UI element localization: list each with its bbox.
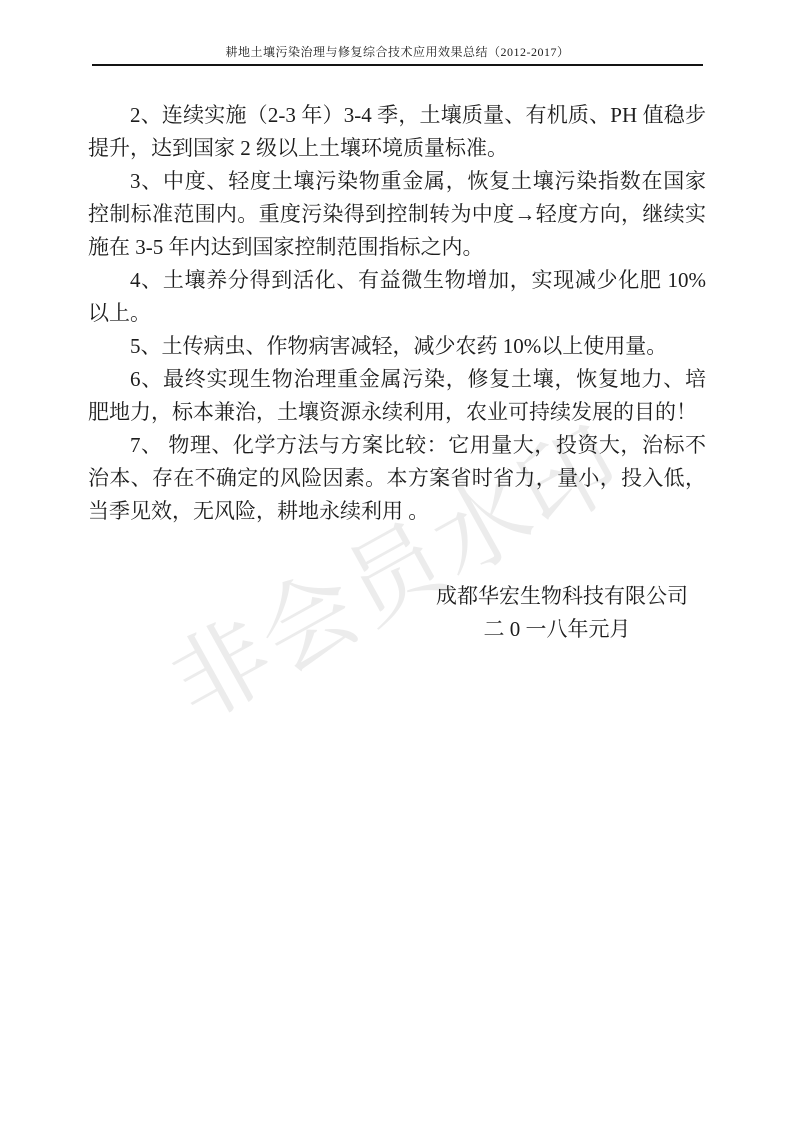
signature-block: 成都华宏生物科技有限公司 二 0 一八年元月: [436, 580, 678, 646]
page-header: 耕地土壤污染治理与修复综合技术应用效果总结（2012-2017）: [92, 43, 703, 66]
paragraph-3: 3、中度、轻度土壤污染物重金属，恢复土壤污染指数在国家控制标准范围内。重度污染得…: [88, 165, 706, 264]
paragraph-7: 7、 物理、化学方法与方案比较：它用量大，投资大，治标不治本、存在不确定的风险因…: [88, 429, 706, 528]
signature-company: 成都华宏生物科技有限公司: [436, 580, 678, 613]
header-title: 耕地土壤污染治理与修复综合技术应用效果总结（2012-2017）: [226, 45, 570, 59]
paragraph-6: 6、最终实现生物治理重金属污染，修复土壤，恢复地力、培肥地力，标本兼治，土壤资源…: [88, 363, 706, 429]
document-page: 非会员水印 耕地土壤污染治理与修复综合技术应用效果总结（2012-2017） 2…: [0, 0, 793, 1122]
paragraph-2: 2、连续实施（2-3 年）3-4 季，土壤质量、有机质、PH 值稳步提升，达到国…: [88, 99, 706, 165]
signature-date: 二 0 一八年元月: [436, 613, 678, 646]
paragraph-4: 4、土壤养分得到活化、有益微生物增加，实现减少化肥 10%以上。: [88, 264, 706, 330]
paragraph-5: 5、土传病虫、作物病害减轻，减少农药 10%以上使用量。: [88, 330, 706, 363]
document-body: 2、连续实施（2-3 年）3-4 季，土壤质量、有机质、PH 值稳步提升，达到国…: [88, 99, 706, 646]
